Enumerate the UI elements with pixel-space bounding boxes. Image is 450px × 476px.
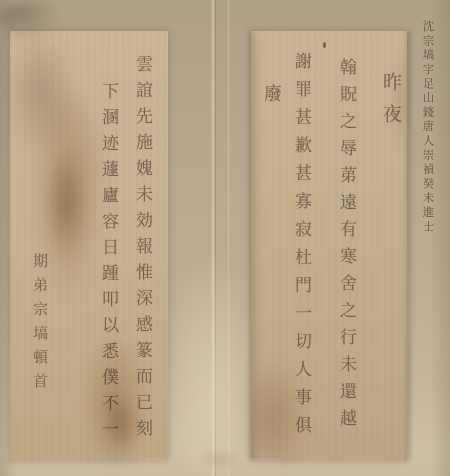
mount-fold-crease-shadow bbox=[215, 0, 216, 476]
ink-fleck bbox=[323, 42, 326, 48]
worn-light-patch bbox=[168, 260, 252, 476]
right-panel-column-4: 廢 bbox=[262, 84, 280, 102]
right-panel-column-3: 謝罪甚歉甚寡寂杜門一切人事俱 bbox=[292, 52, 309, 444]
signature-column: 期弟宗塙頓首 bbox=[32, 253, 47, 397]
annotation-column: 沈宗塙字足山錢唐人崇禎癸未進士 bbox=[422, 20, 434, 235]
left-panel-column-1: 雲誼先施媿未効報惟深感篆而已刻 bbox=[133, 55, 150, 445]
stain bbox=[196, 448, 240, 470]
mount-fold-crease bbox=[227, 0, 230, 476]
right-panel-column-2: 翰貺之辱苐遠有寒舍之行未還越 bbox=[337, 58, 354, 436]
scroll-photo: 昨夜 翰貺之辱苐遠有寒舍之行未還越 謝罪甚歉甚寡寂杜門一切人事俱 廢 雲誼先施媿… bbox=[0, 0, 450, 476]
mount-fold-crease bbox=[211, 0, 215, 476]
left-panel-column-2: 下溷迹蘧廬容日踵叩以悉僕不一 bbox=[99, 82, 116, 446]
right-panel-column-1: 昨夜 bbox=[381, 72, 400, 136]
